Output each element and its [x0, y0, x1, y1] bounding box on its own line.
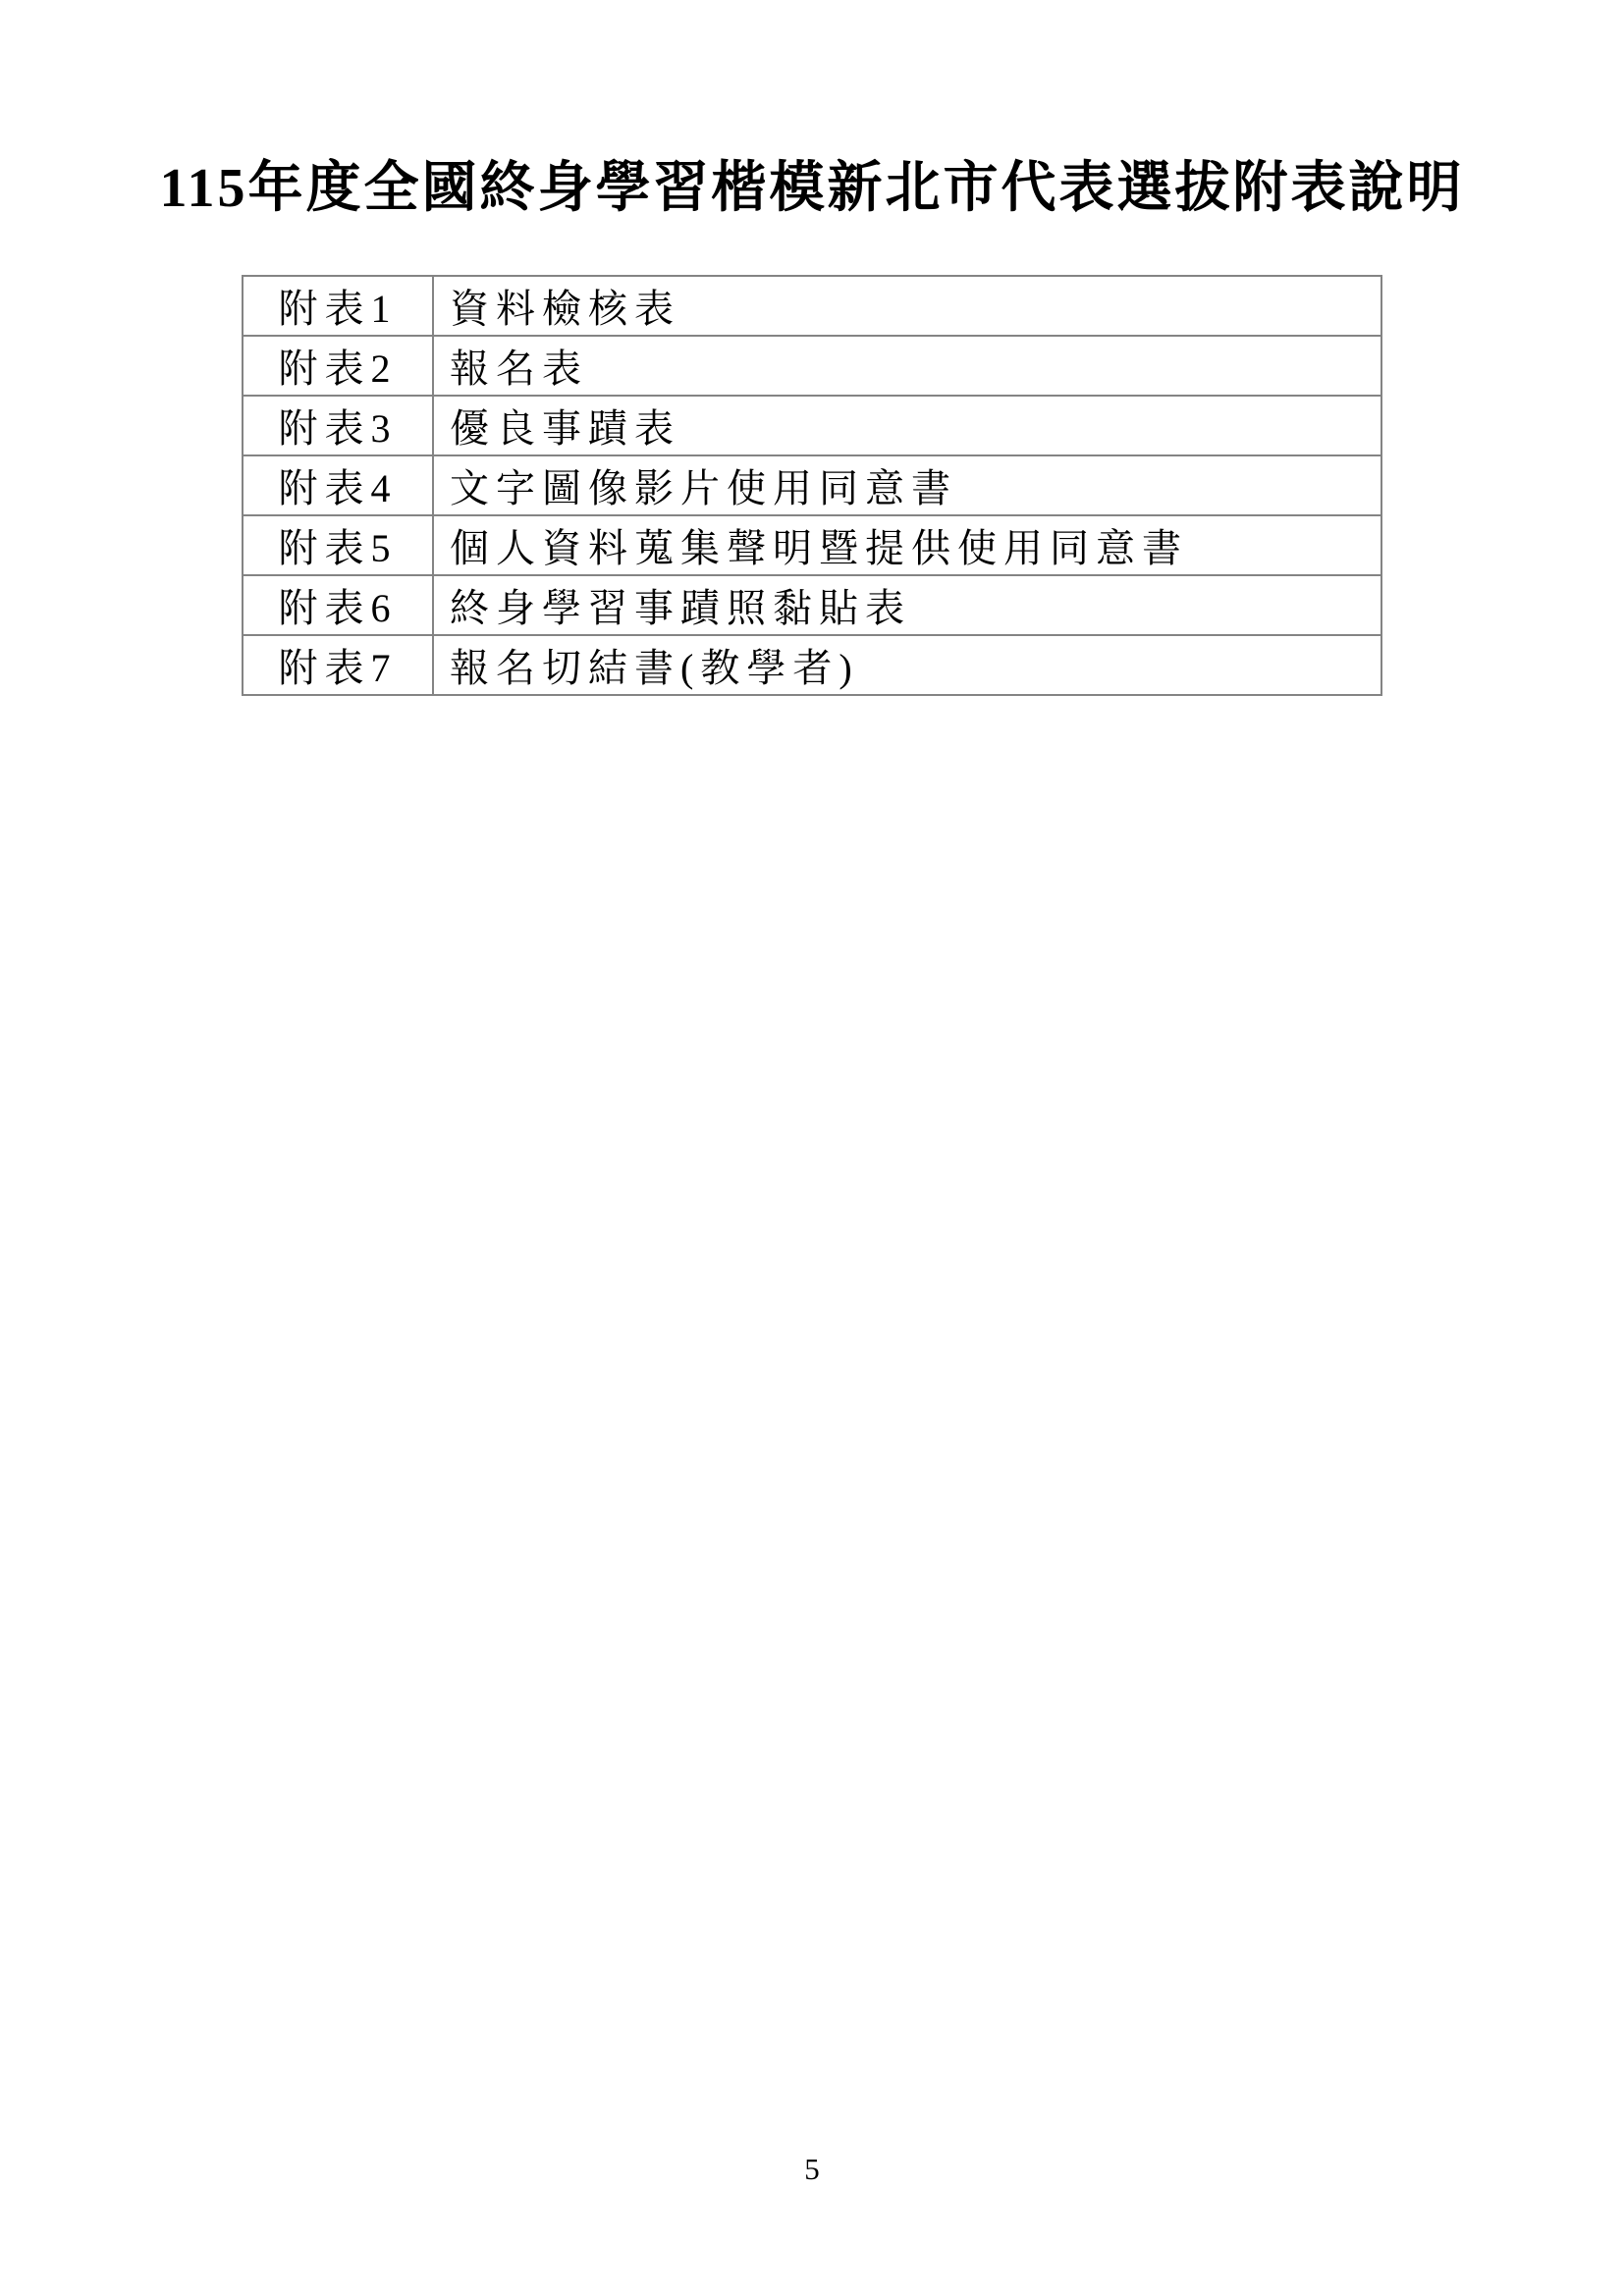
table-row: 附表1 資料檢核表 — [243, 276, 1381, 336]
attachment-description: 資料檢核表 — [433, 276, 1381, 336]
attachment-label: 附表1 — [243, 276, 433, 336]
attachment-label: 附表3 — [243, 396, 433, 455]
attachment-label: 附表4 — [243, 455, 433, 515]
table-row: 附表5 個人資料蒐集聲明暨提供使用同意書 — [243, 515, 1381, 575]
attachment-description: 文字圖像影片使用同意書 — [433, 455, 1381, 515]
attachment-label: 附表7 — [243, 635, 433, 695]
document-page: 115年度全國終身學習楷模新北市代表選拔附表說明 附表1 資料檢核表 附表2 報… — [0, 0, 1624, 2296]
attachment-description: 報名切結書(教學者) — [433, 635, 1381, 695]
page-number: 5 — [0, 2152, 1624, 2187]
table-row: 附表6 終身學習事蹟照黏貼表 — [243, 575, 1381, 635]
attachment-table: 附表1 資料檢核表 附表2 報名表 附表3 優良事蹟表 附表4 文字圖像影片使用… — [242, 275, 1382, 696]
attachment-description: 優良事蹟表 — [433, 396, 1381, 455]
attachment-description: 報名表 — [433, 336, 1381, 396]
table-row: 附表7 報名切結書(教學者) — [243, 635, 1381, 695]
table-row: 附表3 優良事蹟表 — [243, 396, 1381, 455]
table-row: 附表2 報名表 — [243, 336, 1381, 396]
attachment-label: 附表2 — [243, 336, 433, 396]
attachment-description: 個人資料蒐集聲明暨提供使用同意書 — [433, 515, 1381, 575]
attachment-table-body: 附表1 資料檢核表 附表2 報名表 附表3 優良事蹟表 附表4 文字圖像影片使用… — [243, 276, 1381, 695]
table-row: 附表4 文字圖像影片使用同意書 — [243, 455, 1381, 515]
page-title: 115年度全國終身學習楷模新北市代表選拔附表說明 — [0, 157, 1624, 220]
attachment-label: 附表5 — [243, 515, 433, 575]
attachment-label: 附表6 — [243, 575, 433, 635]
attachment-description: 終身學習事蹟照黏貼表 — [433, 575, 1381, 635]
